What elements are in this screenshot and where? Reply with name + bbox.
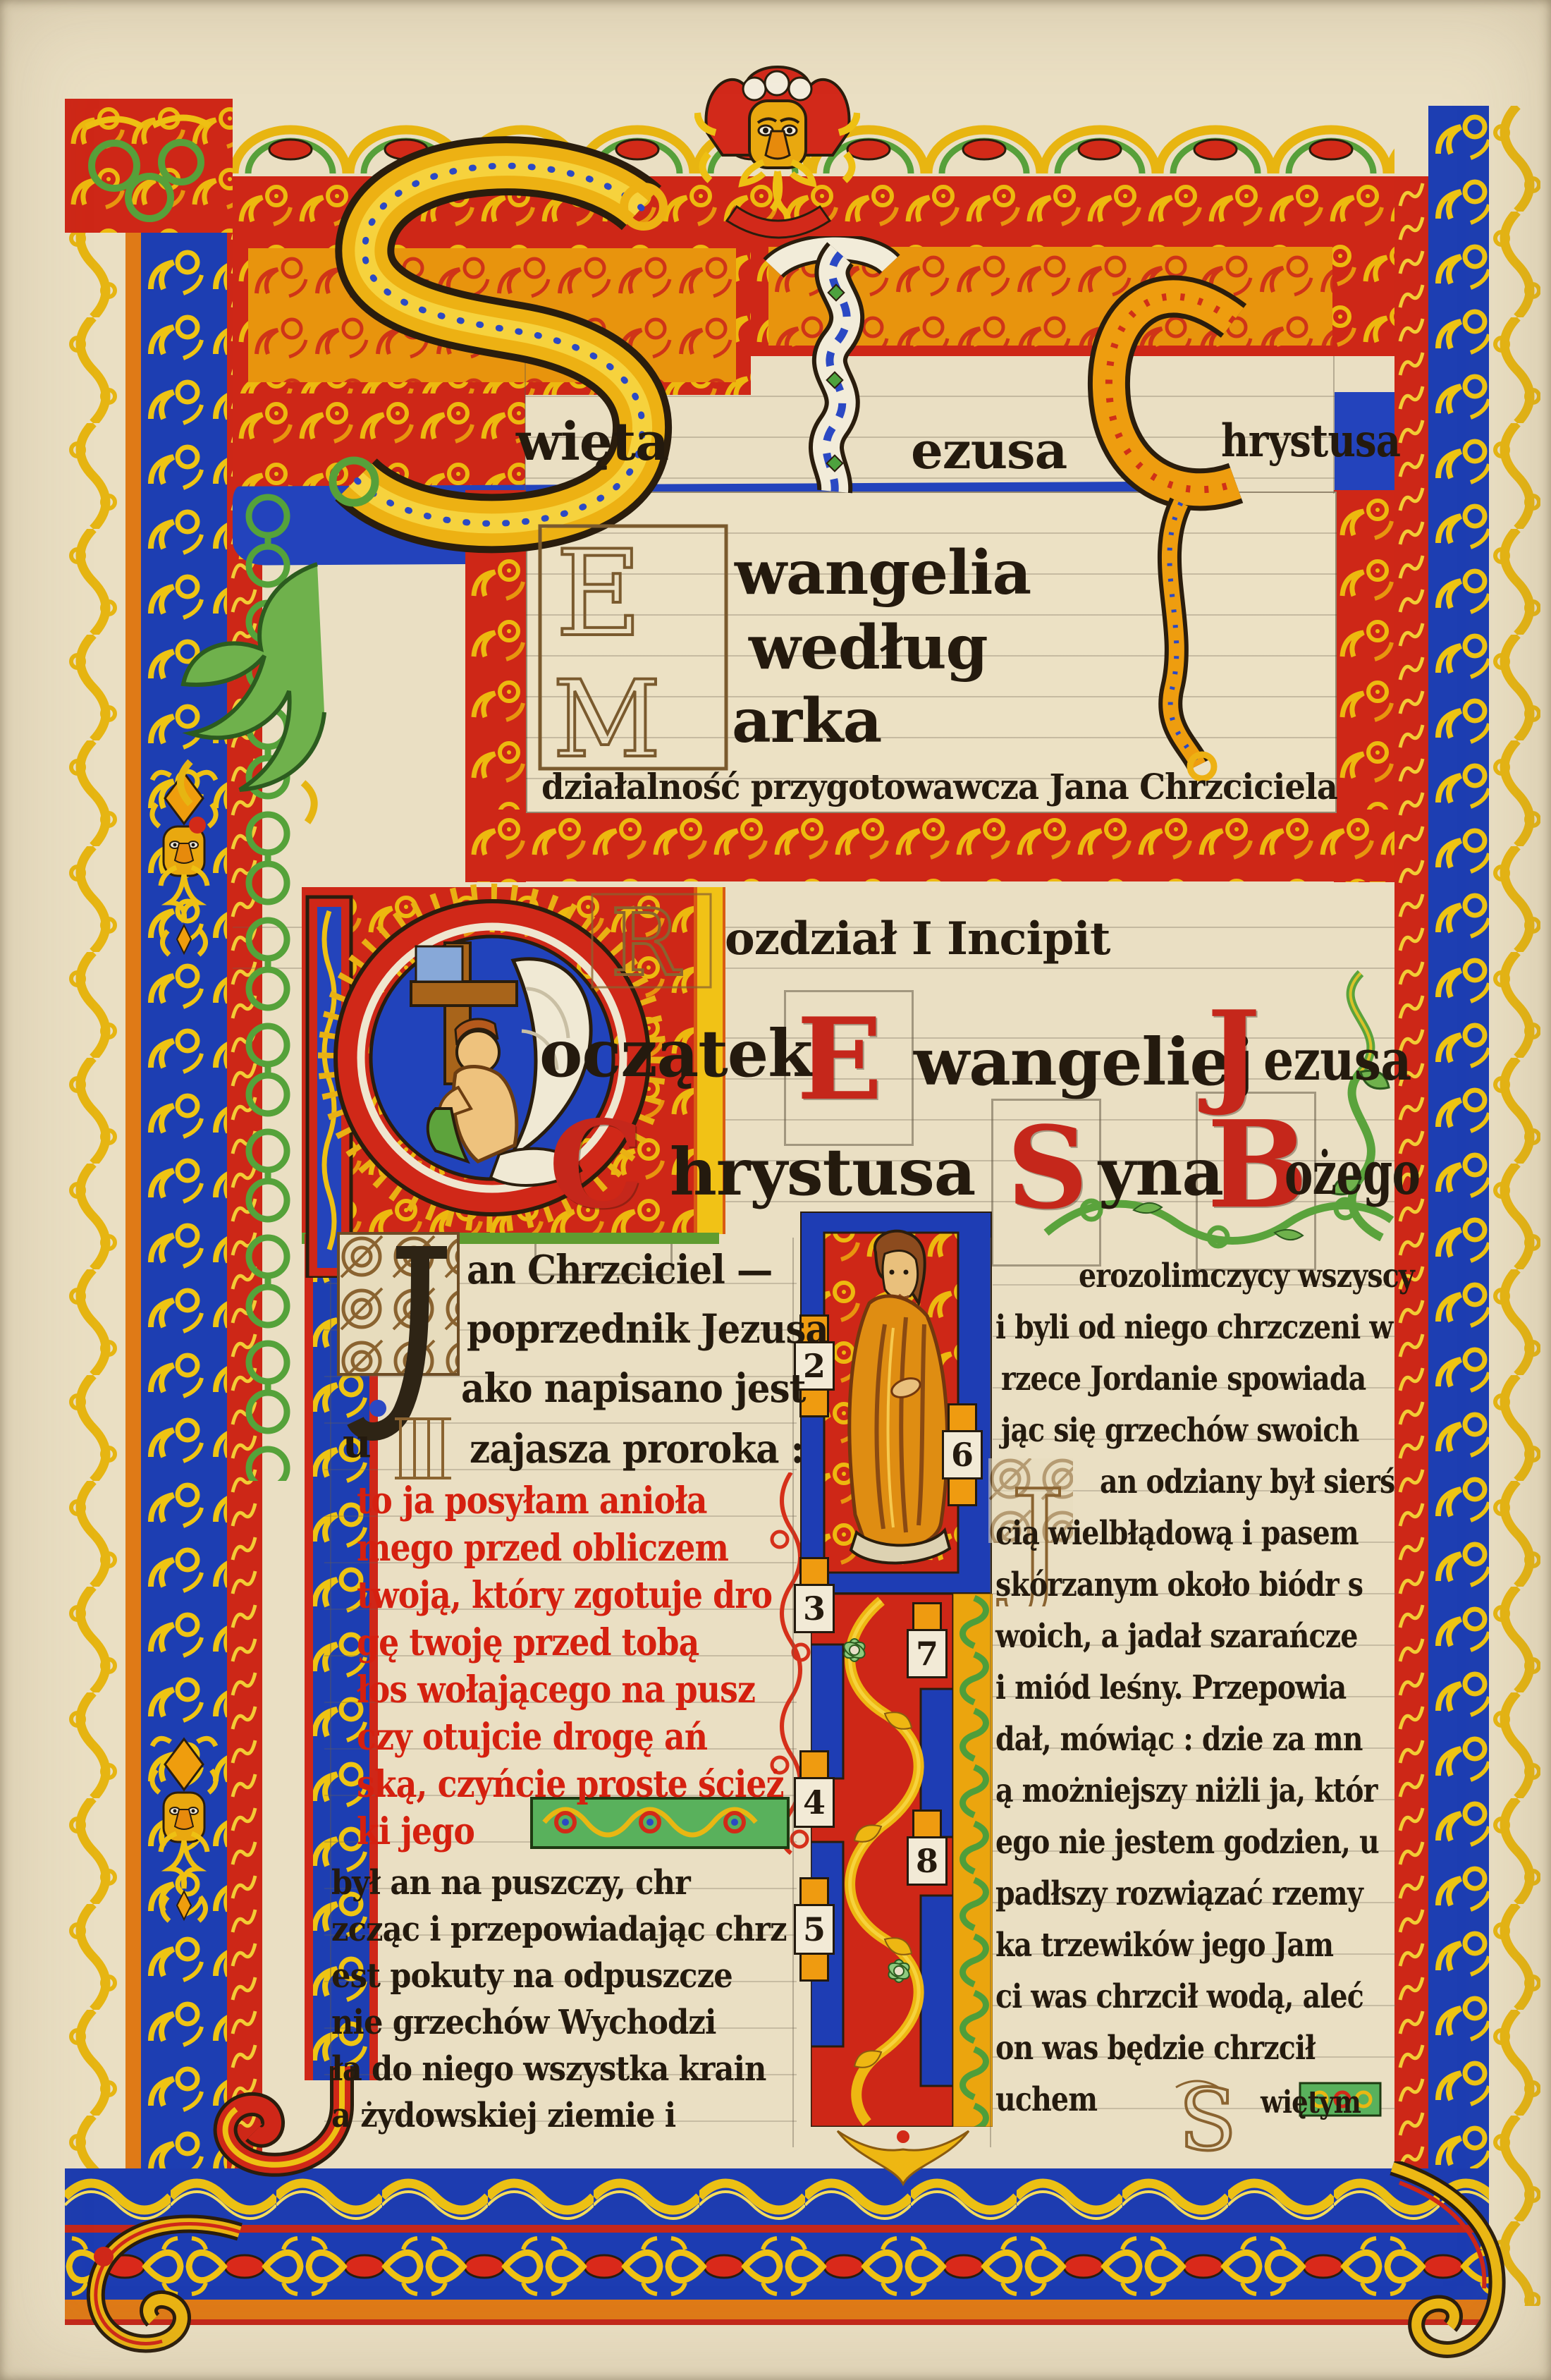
- red-verse-line: gę twoję przed tobą: [357, 1621, 699, 1664]
- bottom-palmette-band: [65, 2233, 1489, 2300]
- monogram-letter-e: E: [556, 525, 642, 663]
- title-word-chrystusa: hrystusa: [1221, 415, 1400, 468]
- monogram-em-icon: E M: [537, 523, 729, 771]
- incipit-word-syna: yna: [1098, 1134, 1223, 1210]
- orange-block: [948, 1403, 977, 1433]
- red-verse-line: łos wołającego na pusz: [357, 1668, 755, 1711]
- title-word-jezusa: ezusa: [911, 420, 1067, 480]
- left-intro-line: ako napisano jest: [461, 1365, 806, 1412]
- right-vine-border: [1489, 106, 1540, 2306]
- chapter-text: ozdział I Incipit: [725, 913, 1110, 965]
- verse-number-tile: 7: [907, 1629, 948, 1678]
- red-verse-line: ki jego: [357, 1810, 474, 1853]
- right-line: rzece Jordanie spowiada: [1001, 1360, 1366, 1398]
- incipit-word-poczatek: oczątek: [539, 1015, 812, 1092]
- right-line: an odziany był sierś: [1100, 1463, 1394, 1501]
- sketch-initial-duch-icon: S: [1162, 2070, 1248, 2164]
- incipit-initial-s: S: [1007, 1101, 1088, 1234]
- incipit-word-jezusa: ezusa: [1263, 1027, 1411, 1093]
- left-black-line: a żydowskiej ziemie i: [331, 2096, 675, 2135]
- title-word-swieta: więta: [516, 412, 668, 472]
- red-verse-line: mego przed obliczem: [357, 1527, 728, 1570]
- sketch-letter-duch: S: [1179, 2072, 1237, 2164]
- orange-block: [912, 1810, 942, 1839]
- right-line: dał, mówiąc : dzie za mn: [995, 1720, 1363, 1759]
- verse-number-tile: 6: [942, 1430, 983, 1479]
- verse-number-tile: 5: [794, 1904, 835, 1955]
- orange-block: [799, 1557, 829, 1587]
- green-man-mask-icon: [694, 48, 860, 249]
- left-black-line: est pokuty na odpuszcze: [331, 1956, 732, 1996]
- panel-frame-bottom: [465, 810, 1394, 881]
- incipit-word-ewangeliej: wangeliej: [914, 1024, 1253, 1100]
- left-vine-border: [65, 106, 125, 2306]
- red-verse-line: twoją, który zgotuje dro: [357, 1574, 772, 1617]
- red-verse-line: czy otujcie drogę ań: [357, 1716, 707, 1759]
- green-s-chain-band: [953, 1594, 993, 2127]
- sketch-letter-r: R: [611, 891, 682, 990]
- incipit-initial-e: E: [797, 993, 882, 1125]
- orange-block: [799, 1750, 829, 1780]
- bottom-left-spiral-icon: [67, 2207, 254, 2362]
- right-line: ego nie jestem godzien, u: [995, 1823, 1379, 1862]
- heading-line-1: wangelia: [735, 537, 1031, 609]
- heading-line-2: według: [749, 612, 988, 683]
- heading-line-3: arka: [732, 685, 881, 757]
- verse-number-tile: 4: [794, 1777, 835, 1828]
- orange-block: [799, 1952, 829, 1982]
- initial-s-icon: [247, 123, 740, 564]
- left-orange-strip: [125, 106, 141, 2306]
- right-line: jąc się grzechów swoich: [1001, 1411, 1359, 1450]
- incipit-initial-c: C: [548, 1094, 643, 1235]
- bottom-red-line: [65, 2225, 1489, 2233]
- left-black-line: był an na puszczy, chr: [331, 1863, 690, 1903]
- right-line: cią wielbłądową i pasem: [995, 1514, 1359, 1553]
- top-left-corner-knot: [65, 99, 233, 233]
- left-intro-line: zajasza proroka :: [470, 1426, 804, 1472]
- right-line: uchem: [995, 2080, 1097, 2119]
- bottom-orange-base: [65, 2300, 1489, 2325]
- bottom-right-scroll-icon: [1371, 2161, 1544, 2373]
- right-line: erozolimczycy wszyscy: [1079, 1257, 1414, 1295]
- right-blue-border: [1428, 106, 1489, 2306]
- left-intro-line: poprzednik Jezusa: [467, 1306, 828, 1353]
- red-verse-line: to ja posyłam anioła: [357, 1479, 707, 1522]
- sketch-initial-r-icon: R: [591, 891, 712, 990]
- left-black-line: ła do niego wszystka krain: [331, 2049, 766, 2089]
- right-line: on was będzie chrzcił: [995, 2029, 1315, 2068]
- right-line: skórzanym około biódr s: [995, 1566, 1363, 1604]
- border-mask-icon: [142, 1728, 226, 1939]
- red-verse-line: ską, czyńcie proste ścież: [357, 1763, 784, 1806]
- orange-block: [948, 1477, 977, 1506]
- right-line: padłszy rozwiązać rzemy: [995, 1874, 1363, 1913]
- incipit-word-bozego: ożego: [1285, 1138, 1420, 1208]
- right-line: i miód leśny. Przepowia: [995, 1668, 1346, 1707]
- orange-block: [912, 1602, 942, 1632]
- right-line: ci was chrzcił wodą, aleć: [995, 1977, 1363, 2016]
- verse-number-tile: 8: [907, 1836, 948, 1886]
- initial-c-icon: [1075, 229, 1258, 786]
- left-black-line: zcząc i przepowiadając chrz: [331, 1910, 787, 1949]
- right-line: woich, a jadał szarańcze: [995, 1617, 1358, 1656]
- green-foliage-icon: [148, 550, 345, 853]
- right-line: i byli od niego chrzczeni w: [995, 1308, 1393, 1347]
- right-line-last-word: więtym: [1261, 2085, 1361, 2120]
- heading-subtitle: działalność przygotowawcza Jana Chrzcici…: [541, 766, 1337, 807]
- initial-j-ribbon-icon: [756, 236, 907, 504]
- pencil-guide: [990, 1238, 991, 2147]
- orange-block: [799, 1877, 829, 1907]
- incipit-word-chrystusa: hrystusa: [670, 1134, 975, 1210]
- verse-number-tile: 3: [794, 1584, 835, 1633]
- left-intro-prefix: u: [343, 1420, 371, 1467]
- left-intro-line: an Chrzciciel —: [467, 1247, 773, 1293]
- right-line: ka trzewików jego Jam: [995, 1926, 1333, 1965]
- left-black-line: nie grzechów Wychodzi: [331, 2003, 716, 2042]
- sketch-initial-i-icon: [392, 1409, 460, 1488]
- monogram-letter-m: M: [553, 659, 661, 771]
- right-line: ą możniejszy niżli ja, któr: [995, 1771, 1378, 1810]
- strip-finial-icon: [816, 2124, 990, 2189]
- manuscript-page: więta ezusa hrystusa E M wangelia według…: [0, 0, 1551, 2380]
